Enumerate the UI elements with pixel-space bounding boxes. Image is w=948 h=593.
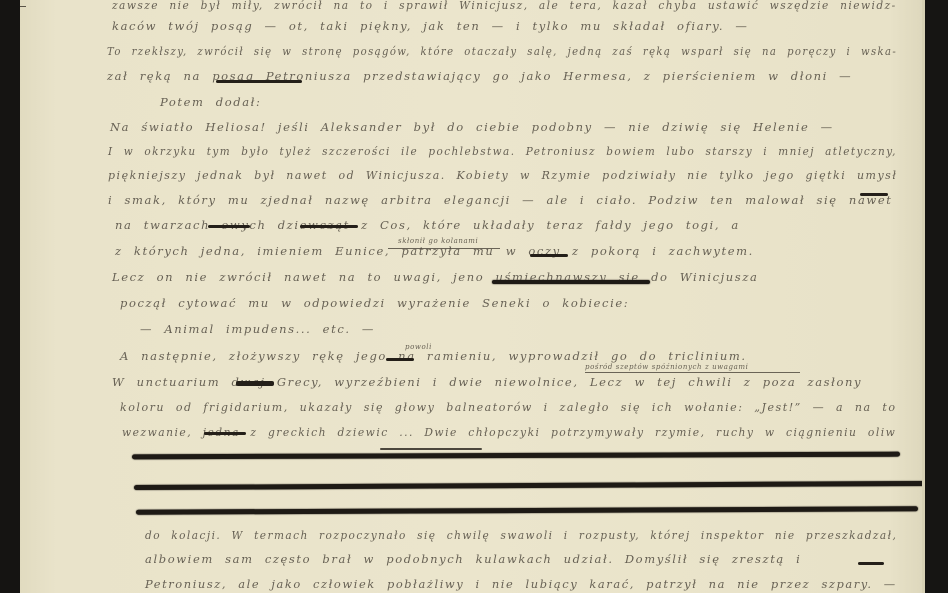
manuscript-line: Petroniusz, ale jako człowiek pobłażliwy… xyxy=(145,577,897,591)
manuscript-line: Potem dodał: xyxy=(160,95,262,109)
manuscript-page: zawsze nie był miły, zwrócił na to i spr… xyxy=(20,0,925,593)
heavy-strikethrough xyxy=(134,481,925,490)
manuscript-line: I w okrzyku tym było tyleż szczerości il… xyxy=(108,144,897,158)
manuscript-line: i smak, który mu zjednał nazwę arbitra e… xyxy=(108,193,892,207)
manuscript-line: W unctuarium dwaj Grecy, wyrzeźbieni i d… xyxy=(112,375,862,389)
heavy-strikethrough xyxy=(132,452,900,460)
insertion-underline xyxy=(585,372,800,373)
strikethrough-mark xyxy=(300,225,358,228)
manuscript-line: A następnie, złożywszy rękę jego na rami… xyxy=(120,349,747,363)
strikethrough-mark xyxy=(858,562,884,565)
manuscript-line: piękniejszy jednak był nawet od Winicjus… xyxy=(108,168,897,182)
manuscript-line: koloru od frigidarium, ukazały się głowy… xyxy=(120,400,897,414)
interlinear-insertion: pośród szeptów spóźnionych z uwagami xyxy=(585,363,748,371)
manuscript-line: Na światło Heliosa! jeśli Aleksander był… xyxy=(110,120,834,134)
strikethrough-mark xyxy=(216,80,302,83)
manuscript-line: do kolacji. W termach rozpoczynało się c… xyxy=(145,528,897,542)
heavy-strikethrough xyxy=(492,280,650,284)
manuscript-line: zawsze nie był miły, zwrócił na to i spr… xyxy=(112,0,897,12)
strikethrough-mark xyxy=(530,254,568,257)
strikethrough-mark xyxy=(380,448,482,450)
scan-frame-left xyxy=(0,0,20,593)
strikethrough-mark xyxy=(386,358,414,361)
strikethrough-mark xyxy=(208,225,250,228)
manuscript-line: To rzekłszy, zwrócił się w stronę posągó… xyxy=(107,44,897,58)
strikethrough-mark xyxy=(236,381,274,386)
strikethrough-mark xyxy=(204,432,246,435)
strikethrough-mark xyxy=(860,193,888,196)
manuscript-line: począł cytować mu w odpowiedzi wyrażenie… xyxy=(120,296,629,310)
heavy-strikethrough xyxy=(136,506,918,514)
manuscript-line: kaców twój posąg — ot, taki piękny, jak … xyxy=(112,19,748,33)
manuscript-line: — Animal impudens... etc. — xyxy=(140,322,375,336)
manuscript-line: albowiem sam często brał w podobnych kul… xyxy=(145,552,801,566)
manuscript-line: z których jedna, imieniem Eunice, patrzy… xyxy=(115,244,754,258)
scan-frame-right xyxy=(925,0,948,593)
margin-mark xyxy=(20,6,26,7)
manuscript-line: Lecz on nie zwrócił nawet na to uwagi, j… xyxy=(112,270,758,284)
